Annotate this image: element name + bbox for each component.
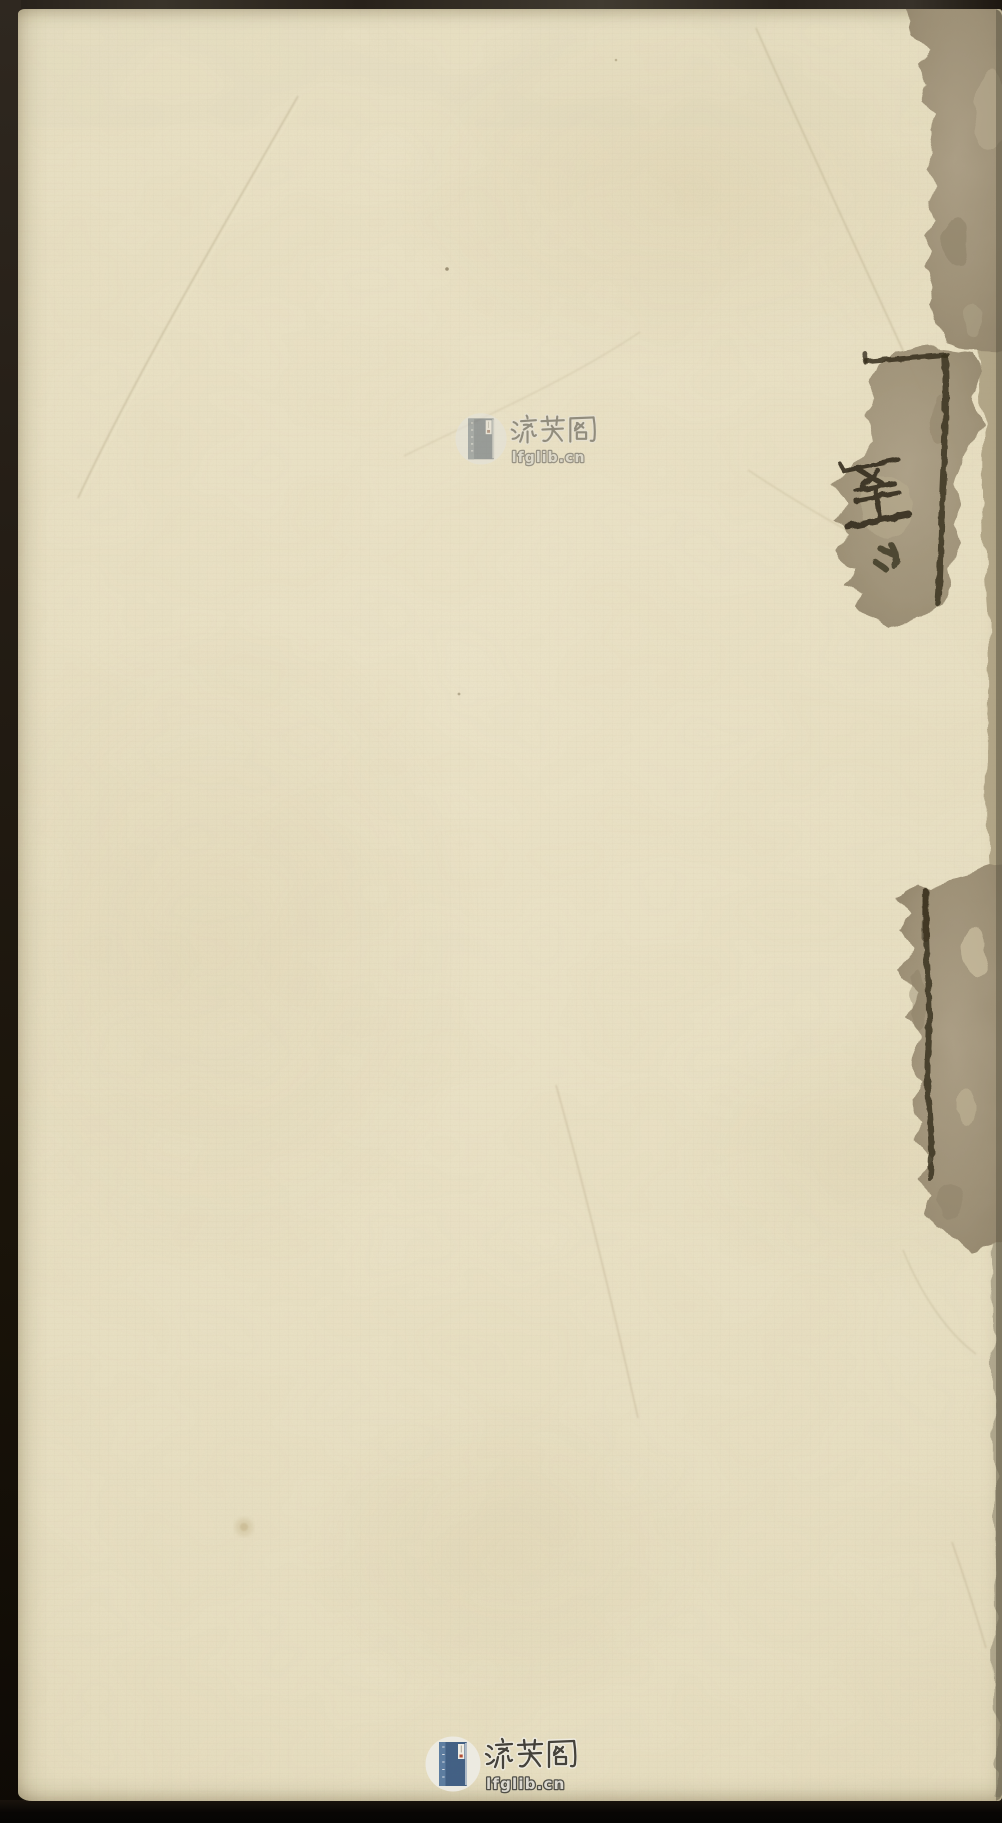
book-icon [439,1742,467,1786]
watermark-brand-text [486,1739,575,1768]
scanned-book-cover-page: lfglib.cn lfglib.cn [0,0,1002,1823]
book-icon [468,418,494,459]
page-right-edge-shadow [996,9,1002,1801]
paper-blotch-texture [18,9,1002,1801]
paper-detail-overlay [0,0,1002,1823]
watermark-brand-text [512,416,595,443]
watermark-domain-text: lfglib.cn [512,450,586,466]
watermark-domain-text: lfglib.cn [486,1775,566,1793]
watermark-upper: lfglib.cn [455,410,596,471]
watermark-bottom: lfglib.cn [425,1733,577,1799]
